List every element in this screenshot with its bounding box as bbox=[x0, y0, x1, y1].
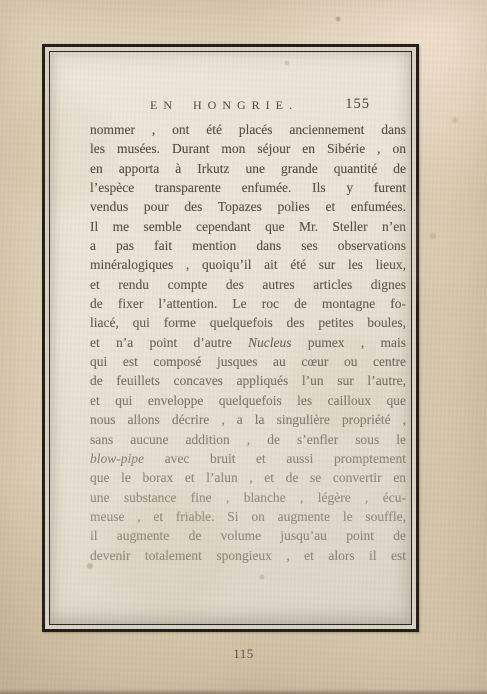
body-text: nommer , ont été placés anciennement dan… bbox=[90, 120, 406, 565]
text-run: les musées. Durant mon séjour en Sibérie… bbox=[90, 141, 406, 156]
page-border-frame: EN HONGRIE. 155 nommer , ont été placés … bbox=[42, 44, 419, 632]
text-run: sans aucune addition , de s’enfler sous … bbox=[90, 432, 406, 447]
text-line: minéralogiques , quoiqu’il ait été sur l… bbox=[90, 255, 406, 274]
text-line: l’espèce transparente enfumée. Ils y fur… bbox=[90, 178, 406, 197]
text-run: de feuillets concaves appliqués l’un sur… bbox=[90, 373, 406, 388]
text-run: de fixer l’attention. Le roc de montagne… bbox=[90, 296, 406, 311]
text-line: devenir totalement spongieux , et alors … bbox=[90, 546, 406, 565]
text-run: devenir totalement spongieux , et alors … bbox=[90, 548, 406, 563]
italic-term: blow-pipe bbox=[90, 451, 144, 466]
text-line: il augmente de volume jusqu’au point de bbox=[90, 526, 406, 545]
text-run: liacé, qui forme quelquefois des petites… bbox=[90, 315, 406, 330]
text-run: et rendu compte des autres articles dign… bbox=[90, 277, 406, 292]
text-run: il augmente de volume jusqu’au point de bbox=[90, 528, 406, 543]
text-line: liacé, qui forme quelquefois des petites… bbox=[90, 313, 406, 332]
text-line: et n’a point d’autre Nucleus pumex , mai… bbox=[90, 333, 406, 352]
text-line: qui est composé jusques au cœur ou centr… bbox=[90, 352, 406, 371]
text-run: l’espèce transparente enfumée. Ils y fur… bbox=[90, 180, 406, 195]
text-run: pumex , mais bbox=[292, 335, 406, 350]
text-run: et qui enveloppe quelquefois les caillou… bbox=[90, 393, 406, 408]
running-title: EN HONGRIE. bbox=[150, 98, 298, 113]
text-line: et rendu compte des autres articles dign… bbox=[90, 275, 406, 294]
text-run: qui est composé jusques au cœur ou centr… bbox=[90, 354, 406, 369]
text-line: les musées. Durant mon séjour en Sibérie… bbox=[90, 139, 406, 158]
text-line: nommer , ont été placés anciennement dan… bbox=[90, 120, 406, 139]
text-line: a pas fait mention dans ses observations bbox=[90, 236, 406, 255]
text-line: blow-pipe avec bruit et aussi promptemen… bbox=[90, 449, 406, 468]
text-line: nous allons décrire , a la singulière pr… bbox=[90, 410, 406, 429]
text-line: de fixer l’attention. Le roc de montagne… bbox=[90, 294, 406, 313]
text-run: une substance fine , blanche , légère , … bbox=[90, 490, 406, 505]
text-line: vendus pour des Topazes polies et enfumé… bbox=[90, 197, 406, 216]
text-run: Il me semble cependant que Mr. Steller n… bbox=[90, 219, 406, 234]
text-line: sans aucune addition , de s’enfler sous … bbox=[90, 430, 406, 449]
text-line: que le borax et l’alun , et de se conver… bbox=[90, 468, 406, 487]
text-run: minéralogiques , quoiqu’il ait été sur l… bbox=[90, 257, 406, 272]
text-run: en apporta à Irkutz une grande quantité … bbox=[90, 161, 406, 176]
text-run: avec bruit et aussi promptement bbox=[144, 451, 406, 466]
text-line: une substance fine , blanche , légère , … bbox=[90, 488, 406, 507]
bottom-page-number: 115 bbox=[0, 646, 487, 662]
italic-term: Nucleus bbox=[248, 335, 292, 350]
text-run: que le borax et l’alun , et de se conver… bbox=[90, 470, 406, 485]
text-run: a pas fait mention dans ses observations bbox=[90, 238, 406, 253]
text-line: de feuillets concaves appliqués l’un sur… bbox=[90, 371, 406, 390]
text-line: meuse , et friable. Si on augmente le so… bbox=[90, 507, 406, 526]
text-run: nous allons décrire , a la singulière pr… bbox=[90, 412, 406, 427]
scanned-book-page: EN HONGRIE. 155 nommer , ont été placés … bbox=[0, 0, 487, 694]
text-run: meuse , et friable. Si on augmente le so… bbox=[90, 509, 406, 524]
text-run: et n’a point d’autre bbox=[90, 335, 248, 350]
text-line: en apporta à Irkutz une grande quantité … bbox=[90, 159, 406, 178]
header-folio-number: 155 bbox=[345, 96, 370, 113]
book-page: EN HONGRIE. 155 nommer , ont été placés … bbox=[49, 51, 412, 625]
text-run: nommer , ont été placés anciennement dan… bbox=[90, 122, 406, 137]
text-line: et qui enveloppe quelquefois les caillou… bbox=[90, 391, 406, 410]
text-run: vendus pour des Topazes polies et enfumé… bbox=[90, 199, 406, 214]
running-header: EN HONGRIE. 155 bbox=[90, 98, 406, 116]
text-line: Il me semble cependant que Mr. Steller n… bbox=[90, 217, 406, 236]
scan-edge-shadow bbox=[0, 689, 487, 694]
